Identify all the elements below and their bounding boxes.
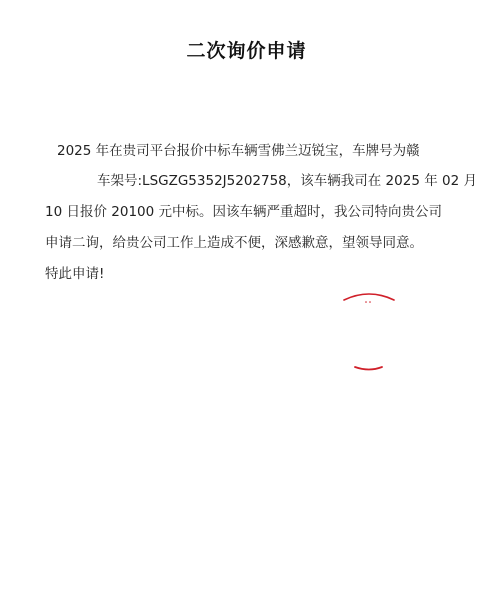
body-line-1: 2025 年在贵司平台报价中标车辆雪佛兰迈锐宝，车牌号为赣 bbox=[57, 139, 420, 159]
body-line-3: 10 日报价 20100 元中标。因该车辆严重超时，我公司特向贵公司 bbox=[45, 200, 442, 220]
body-line-4: 申请二询，给贵公司工作上造成不便，深感歉意，望领导同意。 bbox=[45, 231, 423, 251]
document-title: 二次询价申请 bbox=[0, 36, 493, 63]
body-line-5: 特此申请! bbox=[45, 262, 104, 282]
red-seal-stamp-icon bbox=[330, 292, 408, 372]
body-line-2: 车架号:LSGZG5352J5202758，该车辆我司在 2025 年 02 月 bbox=[97, 169, 477, 189]
